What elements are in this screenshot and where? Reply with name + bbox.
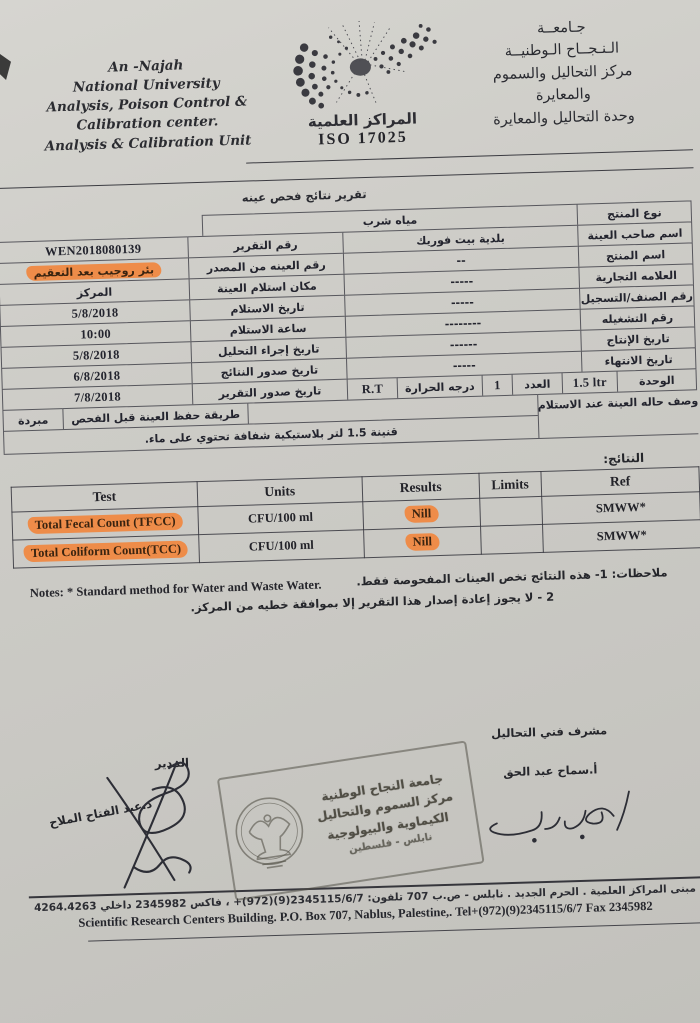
highlighted-text: Nill [405, 533, 439, 551]
result-cell: Nill [363, 498, 481, 529]
col-header-limits: Limits [479, 471, 542, 498]
unit-size-value: 1.5 ltr [562, 371, 618, 394]
highlighted-text: Total Coliform Count(TCC) [24, 540, 189, 562]
sample-condition-label: وصف حاله العينة عند الاستلام [537, 389, 698, 438]
supervisor-name: أ.سماح عبد الحق [455, 761, 645, 781]
ref-cell: SMWW* [542, 520, 700, 553]
col-header-results: Results [362, 473, 480, 501]
count-value: 1 [482, 374, 513, 396]
dotted-bird-logo-icon [270, 15, 451, 116]
highlighted-text: بئر روجيب بعد التعقيم [26, 262, 161, 281]
university-logo: المراكز العلمية ISO 17025 [262, 14, 461, 151]
temperature-value: R.T [347, 377, 398, 399]
stamp-text: جامعة النجاح الوطنية مركز السموم والتحال… [300, 767, 473, 865]
units-cell: CFU/100 ml [198, 530, 364, 563]
letterhead: An -Najah National University Analysis, … [0, 0, 693, 170]
letterhead-ar-line: وحدة التحاليل والمعايرة [466, 104, 663, 132]
temperature-label: درجه الحرارة [397, 375, 483, 399]
university-name-english: An -Najah National University Analysis, … [28, 54, 266, 157]
supervisor-signature-icon [461, 783, 643, 846]
sample-info-table: مياه شرب نوع المنتج WEN2018080139 رقم ال… [0, 200, 698, 455]
highlighted-text: Nill [405, 505, 439, 523]
unit-size-label: الوحدة [616, 368, 697, 391]
signature-section: مشرف فني التحاليل أ.سماح عبد الحق [10, 720, 700, 909]
university-name-arabic: جـامعــة الـنـجــاح الـوطنيــة مركز التح… [463, 14, 662, 132]
director-signature-icon [72, 745, 226, 899]
test-name-cell: Total Coliform Count(TCC) [13, 535, 199, 568]
report-page: An -Najah National University Analysis, … [0, 0, 700, 1023]
result-cell: Nill [363, 526, 481, 557]
supervisor-title: مشرف فني التحاليل [454, 722, 644, 742]
results-table: Test Units Results Limits Ref Total Feca… [11, 466, 700, 568]
highlighted-text: Total Fecal Count (TFCC) [28, 513, 183, 535]
official-stamp: جامعة النجاح الوطنية مركز السموم والتحال… [217, 740, 485, 901]
count-label: العدد [512, 372, 563, 394]
limits-cell [480, 496, 543, 526]
notes-section: Notes: * Standard method for Water and W… [6, 564, 700, 657]
preservation-method-value: مبردة [2, 408, 63, 431]
limits-cell [480, 524, 543, 554]
director-signature-block: المدير د.عبد الفتاح الملاح [44, 740, 239, 906]
supervisor-signature-block: مشرف فني التحاليل أ.سماح عبد الحق [454, 722, 648, 851]
